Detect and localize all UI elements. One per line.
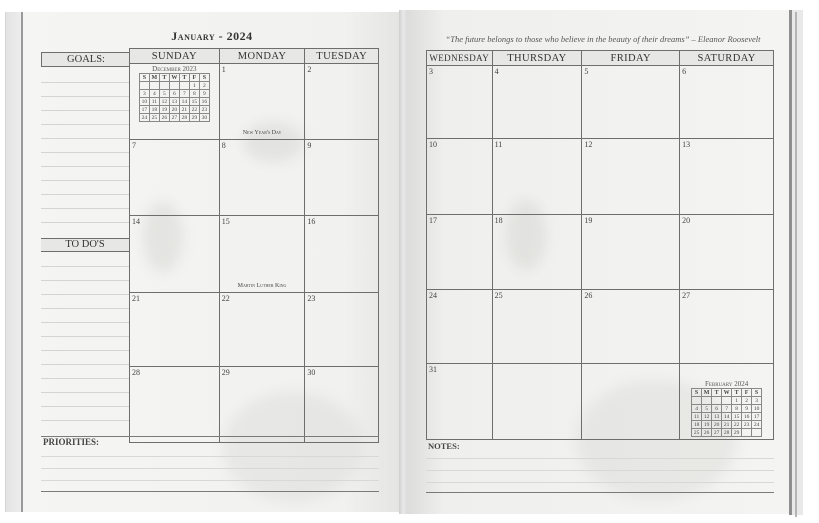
day-number [493,364,582,366]
day-number: 29 [220,367,305,378]
mini-day: 5 [159,90,169,98]
day-number: 13 [680,139,773,150]
mini-calendar-grid: S M T W T F S [139,73,210,122]
mini-day: 2 [742,397,752,405]
mini-day: 27 [169,114,179,122]
day-cell[interactable]: 26 [582,290,680,364]
mini-day: 5 [702,405,712,413]
mini-header: W [169,74,179,82]
mini-day: 3 [139,90,149,98]
week-row: 14 15 Martin Luther King 16 [130,216,379,293]
todos-header: TO DO'S [41,238,129,252]
mini-day [159,82,169,90]
goals-header: GOALS: [41,52,130,67]
mini-day: 17 [139,106,149,114]
day-number: 16 [305,216,378,227]
mini-day: 29 [732,429,742,437]
day-number: 26 [582,290,679,301]
day-cell[interactable]: 31 [427,364,493,440]
day-cell[interactable]: 16 [305,216,379,293]
mini-day: 24 [139,114,149,122]
day-cell[interactable]: 20 [680,215,774,290]
day-header-saturday: SATURDAY [680,51,774,66]
mini-day: 28 [179,114,189,122]
day-header-monday: MONDAY [219,49,305,64]
mini-day [179,82,189,90]
mini-day [692,397,702,405]
day-cell[interactable]: 27 [680,290,774,364]
day-cell[interactable]: 29 [219,367,305,443]
mini-calendar-title: December 2023 [130,65,219,73]
mini-day: 2 [199,82,209,90]
day-number: 28 [130,367,219,378]
mini-day: 27 [712,429,722,437]
month-title: January - 2024 [23,29,401,44]
mini-day: 23 [199,106,209,114]
day-cell[interactable] [492,364,582,440]
mini-header: M [702,389,712,397]
day-cell[interactable] [582,364,680,440]
calendar-grid-right: WEDNESDAY THURSDAY FRIDAY SATURDAY 3 4 5… [426,50,774,440]
mini-day: 10 [752,405,762,413]
mini-header: F [742,389,752,397]
day-cell[interactable]: 2 [305,64,379,140]
calendar-grid-left: SUNDAY MONDAY TUESDAY December 2023 S M … [129,48,379,443]
day-number: 19 [582,215,679,226]
mini-day: 19 [702,421,712,429]
book-edge-left [5,12,24,512]
mini-day [149,82,159,90]
mini-header: T [712,389,722,397]
mini-day [722,397,732,405]
mini-day [139,82,149,90]
left-page: January - 2024 GOALS: TO DO'S [23,12,401,512]
day-cell[interactable]: 3 [427,66,493,139]
day-header-friday: FRIDAY [582,51,680,66]
day-number: 4 [493,66,582,77]
priorities-label: PRIORITIES: [43,437,99,447]
day-number: 24 [427,290,492,301]
day-cell[interactable]: 19 [582,215,680,290]
open-planner-book: January - 2024 GOALS: TO DO'S [0,0,819,523]
mini-header: T [732,389,742,397]
week-row: 17 18 19 20 [427,215,774,290]
mini-day: 13 [169,98,179,106]
day-number: 20 [680,215,773,226]
mini-day: 11 [692,413,702,421]
mini-day: 16 [742,413,752,421]
todos-label: TO DO'S [65,239,104,250]
mini-header: F [189,74,199,82]
mini-header: T [179,74,189,82]
day-cell[interactable]: 1 New Year's Day [219,64,305,140]
mini-day: 25 [692,429,702,437]
mini-day: 8 [189,90,199,98]
day-cell[interactable]: 8 [219,140,305,216]
mini-day [712,397,722,405]
day-number: 15 [220,216,305,227]
mini-calendar-title: February 2024 [680,380,773,388]
day-number: 7 [130,140,219,151]
day-number: 23 [305,293,378,304]
mini-day: 10 [139,98,149,106]
mini-day: 16 [199,98,209,106]
mini-day: 22 [732,421,742,429]
mini-day: 18 [149,106,159,114]
day-number: 2 [305,64,378,75]
mini-day [702,397,712,405]
mini-day: 15 [732,413,742,421]
day-cell[interactable]: 17 [427,215,493,290]
day-cell[interactable]: 15 Martin Luther King [219,216,305,293]
mini-day: 18 [692,421,702,429]
inspirational-quote: “The future belongs to those who believe… [426,34,780,44]
day-number: 9 [305,140,378,151]
holiday-label: New Year's Day [220,130,305,136]
mini-day: 21 [179,106,189,114]
mini-day: 7 [179,90,189,98]
mini-day: 26 [702,429,712,437]
week-row: 31 February 2024 S M T W T [427,364,774,440]
week-row: 3 4 5 6 [427,66,774,139]
mini-header: S [199,74,209,82]
mini-day: 9 [742,405,752,413]
day-number: 17 [427,215,492,226]
day-cell[interactable]: 14 [130,216,220,293]
mini-day: 12 [159,98,169,106]
mini-day: 1 [189,82,199,90]
day-number: 12 [582,139,679,150]
mini-day: 13 [712,413,722,421]
mini-day: 19 [159,106,169,114]
mini-day: 15 [189,98,199,106]
day-number: 3 [427,66,492,77]
day-number: 6 [680,66,773,77]
book-edge-right [789,10,803,515]
mini-day: 25 [149,114,159,122]
week-row: 24 25 26 27 [427,290,774,364]
day-number: 21 [130,293,219,304]
day-number: 25 [493,290,582,301]
mini-day: 30 [199,114,209,122]
day-cell[interactable]: 4 [492,66,582,139]
notes-label: NOTES: [428,441,460,451]
day-cell[interactable]: 23 [305,293,379,367]
mini-day: 4 [692,405,702,413]
day-number: 31 [427,364,492,375]
mini-calendar-cell: February 2024 S M T W T F S [680,364,774,440]
day-number: 30 [305,367,378,378]
day-header-tuesday: TUESDAY [305,49,379,64]
day-number: 27 [680,290,773,301]
mini-day: 4 [149,90,159,98]
mini-header: W [722,389,732,397]
right-page: “The future belongs to those who believe… [406,10,790,514]
day-number: 1 [220,64,305,75]
mini-day: 7 [722,405,732,413]
mini-day: 6 [712,405,722,413]
mini-day: 8 [732,405,742,413]
day-number: 8 [220,140,305,151]
mini-day: 20 [712,421,722,429]
mini-day: 3 [752,397,762,405]
day-header-sunday: SUNDAY [130,49,220,64]
day-number: 18 [493,215,582,226]
mini-day: 11 [149,98,159,106]
mini-day: 1 [732,397,742,405]
week-row: 10 11 12 13 [427,139,774,215]
day-cell[interactable]: 9 [305,140,379,216]
day-cell[interactable]: 21 [130,293,220,367]
week-row: 28 29 30 [130,367,379,443]
day-cell[interactable]: 11 [492,139,582,215]
day-header-row: SUNDAY MONDAY TUESDAY [130,49,379,64]
day-header-thursday: THURSDAY [492,51,582,66]
mini-calendar-february: February 2024 S M T W T F S [680,380,773,437]
mini-header: S [139,74,149,82]
day-number: 22 [220,293,305,304]
day-cell[interactable]: 5 [582,66,680,139]
day-cell[interactable]: 13 [680,139,774,215]
day-number: 14 [130,216,219,227]
day-header-row: WEDNESDAY THURSDAY FRIDAY SATURDAY [427,51,774,66]
mini-day: 29 [189,114,199,122]
mini-day: 6 [169,90,179,98]
day-number: 10 [427,139,492,150]
day-number: 5 [582,66,679,77]
mini-day: 17 [752,413,762,421]
mini-day: 21 [722,421,732,429]
mini-header: S [752,389,762,397]
day-cell[interactable]: 22 [219,293,305,367]
mini-day: 23 [742,421,752,429]
mini-day: 26 [159,114,169,122]
day-header-wednesday: WEDNESDAY [427,51,493,66]
week-row: 7 8 9 [130,140,379,216]
mini-header: T [159,74,169,82]
mini-day [752,429,762,437]
day-cell[interactable]: 7 [130,140,220,216]
mini-day: 22 [189,106,199,114]
day-cell[interactable]: 18 [492,215,582,290]
day-cell[interactable]: 24 [427,290,493,364]
day-cell[interactable]: 30 [305,367,379,443]
day-number [582,364,679,366]
holiday-label: Martin Luther King [220,283,305,289]
week-row: December 2023 S M T W T F S [130,64,379,140]
mini-day: 24 [752,421,762,429]
day-cell[interactable]: 10 [427,139,493,215]
goals-label: GOALS: [67,54,105,65]
mini-day: 14 [722,413,732,421]
mini-day: 28 [722,429,732,437]
mini-day [169,82,179,90]
week-row: 21 22 23 [130,293,379,367]
day-cell[interactable]: 12 [582,139,680,215]
day-number: 11 [493,139,582,150]
mini-header: M [149,74,159,82]
mini-day: 14 [179,98,189,106]
day-cell[interactable]: 25 [492,290,582,364]
mini-day: 12 [702,413,712,421]
mini-day: 20 [169,106,179,114]
mini-header: S [692,389,702,397]
mini-calendar-grid: S M T W T F S [691,388,762,437]
mini-day [742,429,752,437]
day-cell[interactable]: 28 [130,367,220,443]
mini-day: 9 [199,90,209,98]
mini-calendar-cell: December 2023 S M T W T F S [130,64,220,140]
day-cell[interactable]: 6 [680,66,774,139]
mini-calendar-december: December 2023 S M T W T F S [130,65,219,122]
